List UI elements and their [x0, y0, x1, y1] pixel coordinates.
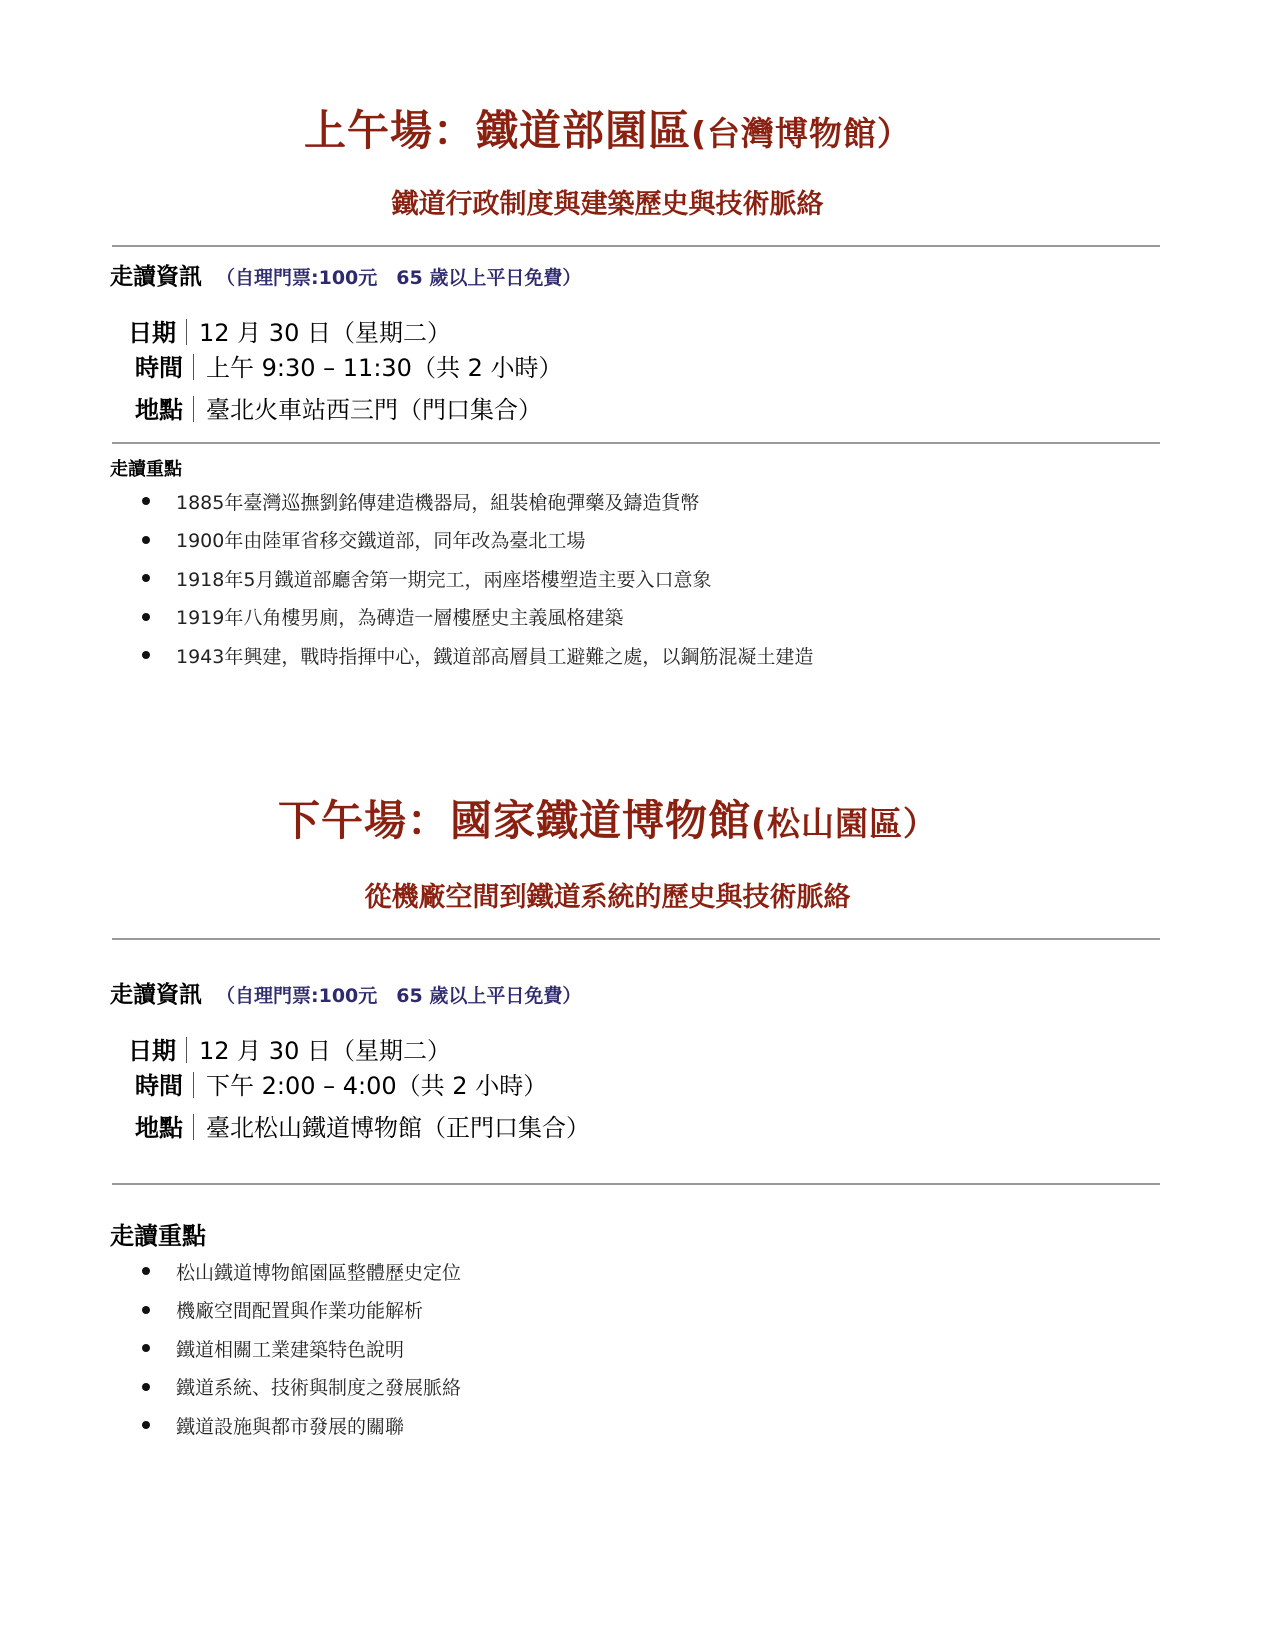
divider [112, 1183, 1160, 1185]
time-label: 時間 [135, 354, 183, 382]
list-item-text: 鐵道系統、技術與制度之發展脈絡 [176, 1373, 461, 1400]
list-item-text: 1919年八角樓男廁，為磚造一層樓歷史主義風格建築 [176, 603, 623, 630]
separator [193, 1072, 194, 1098]
ticket-note: （自理門票:100元 65 歲以上平日免費） [216, 985, 581, 1007]
list-item: 鐵道相關工業建築特色說明 [142, 1329, 461, 1368]
bullet-icon [142, 574, 150, 582]
bullet-icon [142, 497, 150, 505]
separator [186, 1037, 187, 1063]
bullet-icon [142, 1421, 150, 1429]
divider [112, 245, 1160, 247]
afternoon-highlights-list: 松山鐵道博物館園區整體歷史定位 機廠空間配置與作業功能解析 鐵道相關工業建築特色… [142, 1252, 461, 1445]
list-item-text: 1885年臺灣巡撫劉銘傳建造機器局，組裝槍砲彈藥及鑄造貨幣 [176, 488, 699, 515]
afternoon-title: 下午場：國家鐵道博物館(松山園區） [0, 788, 1215, 848]
bullet-icon [142, 651, 150, 659]
divider [112, 442, 1160, 444]
afternoon-highlights-heading: 走讀重點 [110, 1216, 206, 1251]
location-value: 臺北火車站西三門（門口集合） [206, 396, 542, 424]
list-item: 1885年臺灣巡撫劉銘傳建造機器局，組裝槍砲彈藥及鑄造貨幣 [142, 482, 813, 521]
bullet-icon [142, 1306, 150, 1314]
date-label: 日期 [128, 1037, 176, 1065]
list-item: 松山鐵道博物館園區整體歷史定位 [142, 1252, 461, 1291]
list-item-text: 1918年5月鐵道部廳舍第一期完工，兩座塔樓塑造主要入口意象 [176, 565, 711, 592]
morning-date-row: 日期12 月 30 日（星期二） [128, 313, 451, 348]
date-value: 12 月 30 日（星期二） [199, 319, 451, 347]
afternoon-title-main: 下午場：國家鐵道博物館 [278, 796, 751, 845]
separator [193, 354, 194, 380]
morning-highlights-heading: 走讀重點 [110, 455, 182, 481]
morning-subtitle: 鐵道行政制度與建築歷史與技術脈絡 [0, 182, 1215, 221]
afternoon-time-row: 時間下午 2:00 – 4:00（共 2 小時） [135, 1066, 547, 1101]
bullet-icon [142, 1344, 150, 1352]
list-item: 1918年5月鐵道部廳舍第一期完工，兩座塔樓塑造主要入口意象 [142, 559, 813, 598]
bullet-icon [142, 1383, 150, 1391]
afternoon-subtitle: 從機廠空間到鐵道系統的歷史與技術脈絡 [0, 875, 1215, 914]
morning-title: 上午場：鐵道部園區(台灣博物館） [0, 98, 1215, 158]
afternoon-location-row: 地點臺北松山鐵道博物館（正門口集合） [135, 1108, 590, 1143]
date-value: 12 月 30 日（星期二） [199, 1037, 451, 1065]
divider [112, 938, 1160, 940]
ticket-note: （自理門票:100元 65 歲以上平日免費） [216, 267, 581, 289]
date-label: 日期 [128, 319, 176, 347]
list-item-text: 鐵道設施與都市發展的關聯 [176, 1412, 404, 1439]
location-label: 地點 [135, 1114, 183, 1142]
time-label: 時間 [135, 1072, 183, 1100]
morning-title-paren: (台灣博物館） [691, 114, 911, 153]
time-value: 下午 2:00 – 4:00（共 2 小時） [206, 1072, 547, 1100]
bullet-icon [142, 536, 150, 544]
list-item-text: 機廠空間配置與作業功能解析 [176, 1296, 423, 1323]
morning-highlights-list: 1885年臺灣巡撫劉銘傳建造機器局，組裝槍砲彈藥及鑄造貨幣 1900年由陸軍省移… [142, 482, 813, 675]
list-item: 1943年興建，戰時指揮中心，鐵道部高層員工避難之處，以鋼筋混凝土建造 [142, 636, 813, 675]
list-item: 1919年八角樓男廁，為磚造一層樓歷史主義風格建築 [142, 598, 813, 637]
list-item: 機廠空間配置與作業功能解析 [142, 1291, 461, 1330]
list-item: 鐵道系統、技術與制度之發展脈絡 [142, 1368, 461, 1407]
info-heading-label: 走讀資訊 [110, 264, 202, 290]
list-item: 1900年由陸軍省移交鐵道部，同年改為臺北工場 [142, 521, 813, 560]
morning-location-row: 地點臺北火車站西三門（門口集合） [135, 390, 542, 425]
afternoon-info-heading: 走讀資訊（自理門票:100元 65 歲以上平日免費） [110, 976, 581, 1009]
list-item-text: 鐵道相關工業建築特色說明 [176, 1335, 404, 1362]
location-value: 臺北松山鐵道博物館（正門口集合） [206, 1114, 590, 1142]
bullet-icon [142, 1267, 150, 1275]
morning-time-row: 時間上午 9:30 – 11:30（共 2 小時） [135, 348, 562, 383]
list-item-text: 松山鐵道博物館園區整體歷史定位 [176, 1258, 461, 1285]
afternoon-date-row: 日期12 月 30 日（星期二） [128, 1031, 451, 1066]
morning-title-main: 上午場：鐵道部園區 [304, 106, 691, 155]
separator [193, 396, 194, 422]
time-value: 上午 9:30 – 11:30（共 2 小時） [206, 354, 562, 382]
list-item-text: 1943年興建，戰時指揮中心，鐵道部高層員工避難之處，以鋼筋混凝土建造 [176, 642, 813, 669]
location-label: 地點 [135, 396, 183, 424]
info-heading-label: 走讀資訊 [110, 982, 202, 1008]
list-item: 鐵道設施與都市發展的關聯 [142, 1406, 461, 1445]
morning-info-heading: 走讀資訊（自理門票:100元 65 歲以上平日免費） [110, 258, 581, 291]
bullet-icon [142, 613, 150, 621]
list-item-text: 1900年由陸軍省移交鐵道部，同年改為臺北工場 [176, 526, 585, 553]
separator [186, 319, 187, 345]
separator [193, 1114, 194, 1140]
afternoon-title-paren: (松山園區） [751, 804, 937, 843]
